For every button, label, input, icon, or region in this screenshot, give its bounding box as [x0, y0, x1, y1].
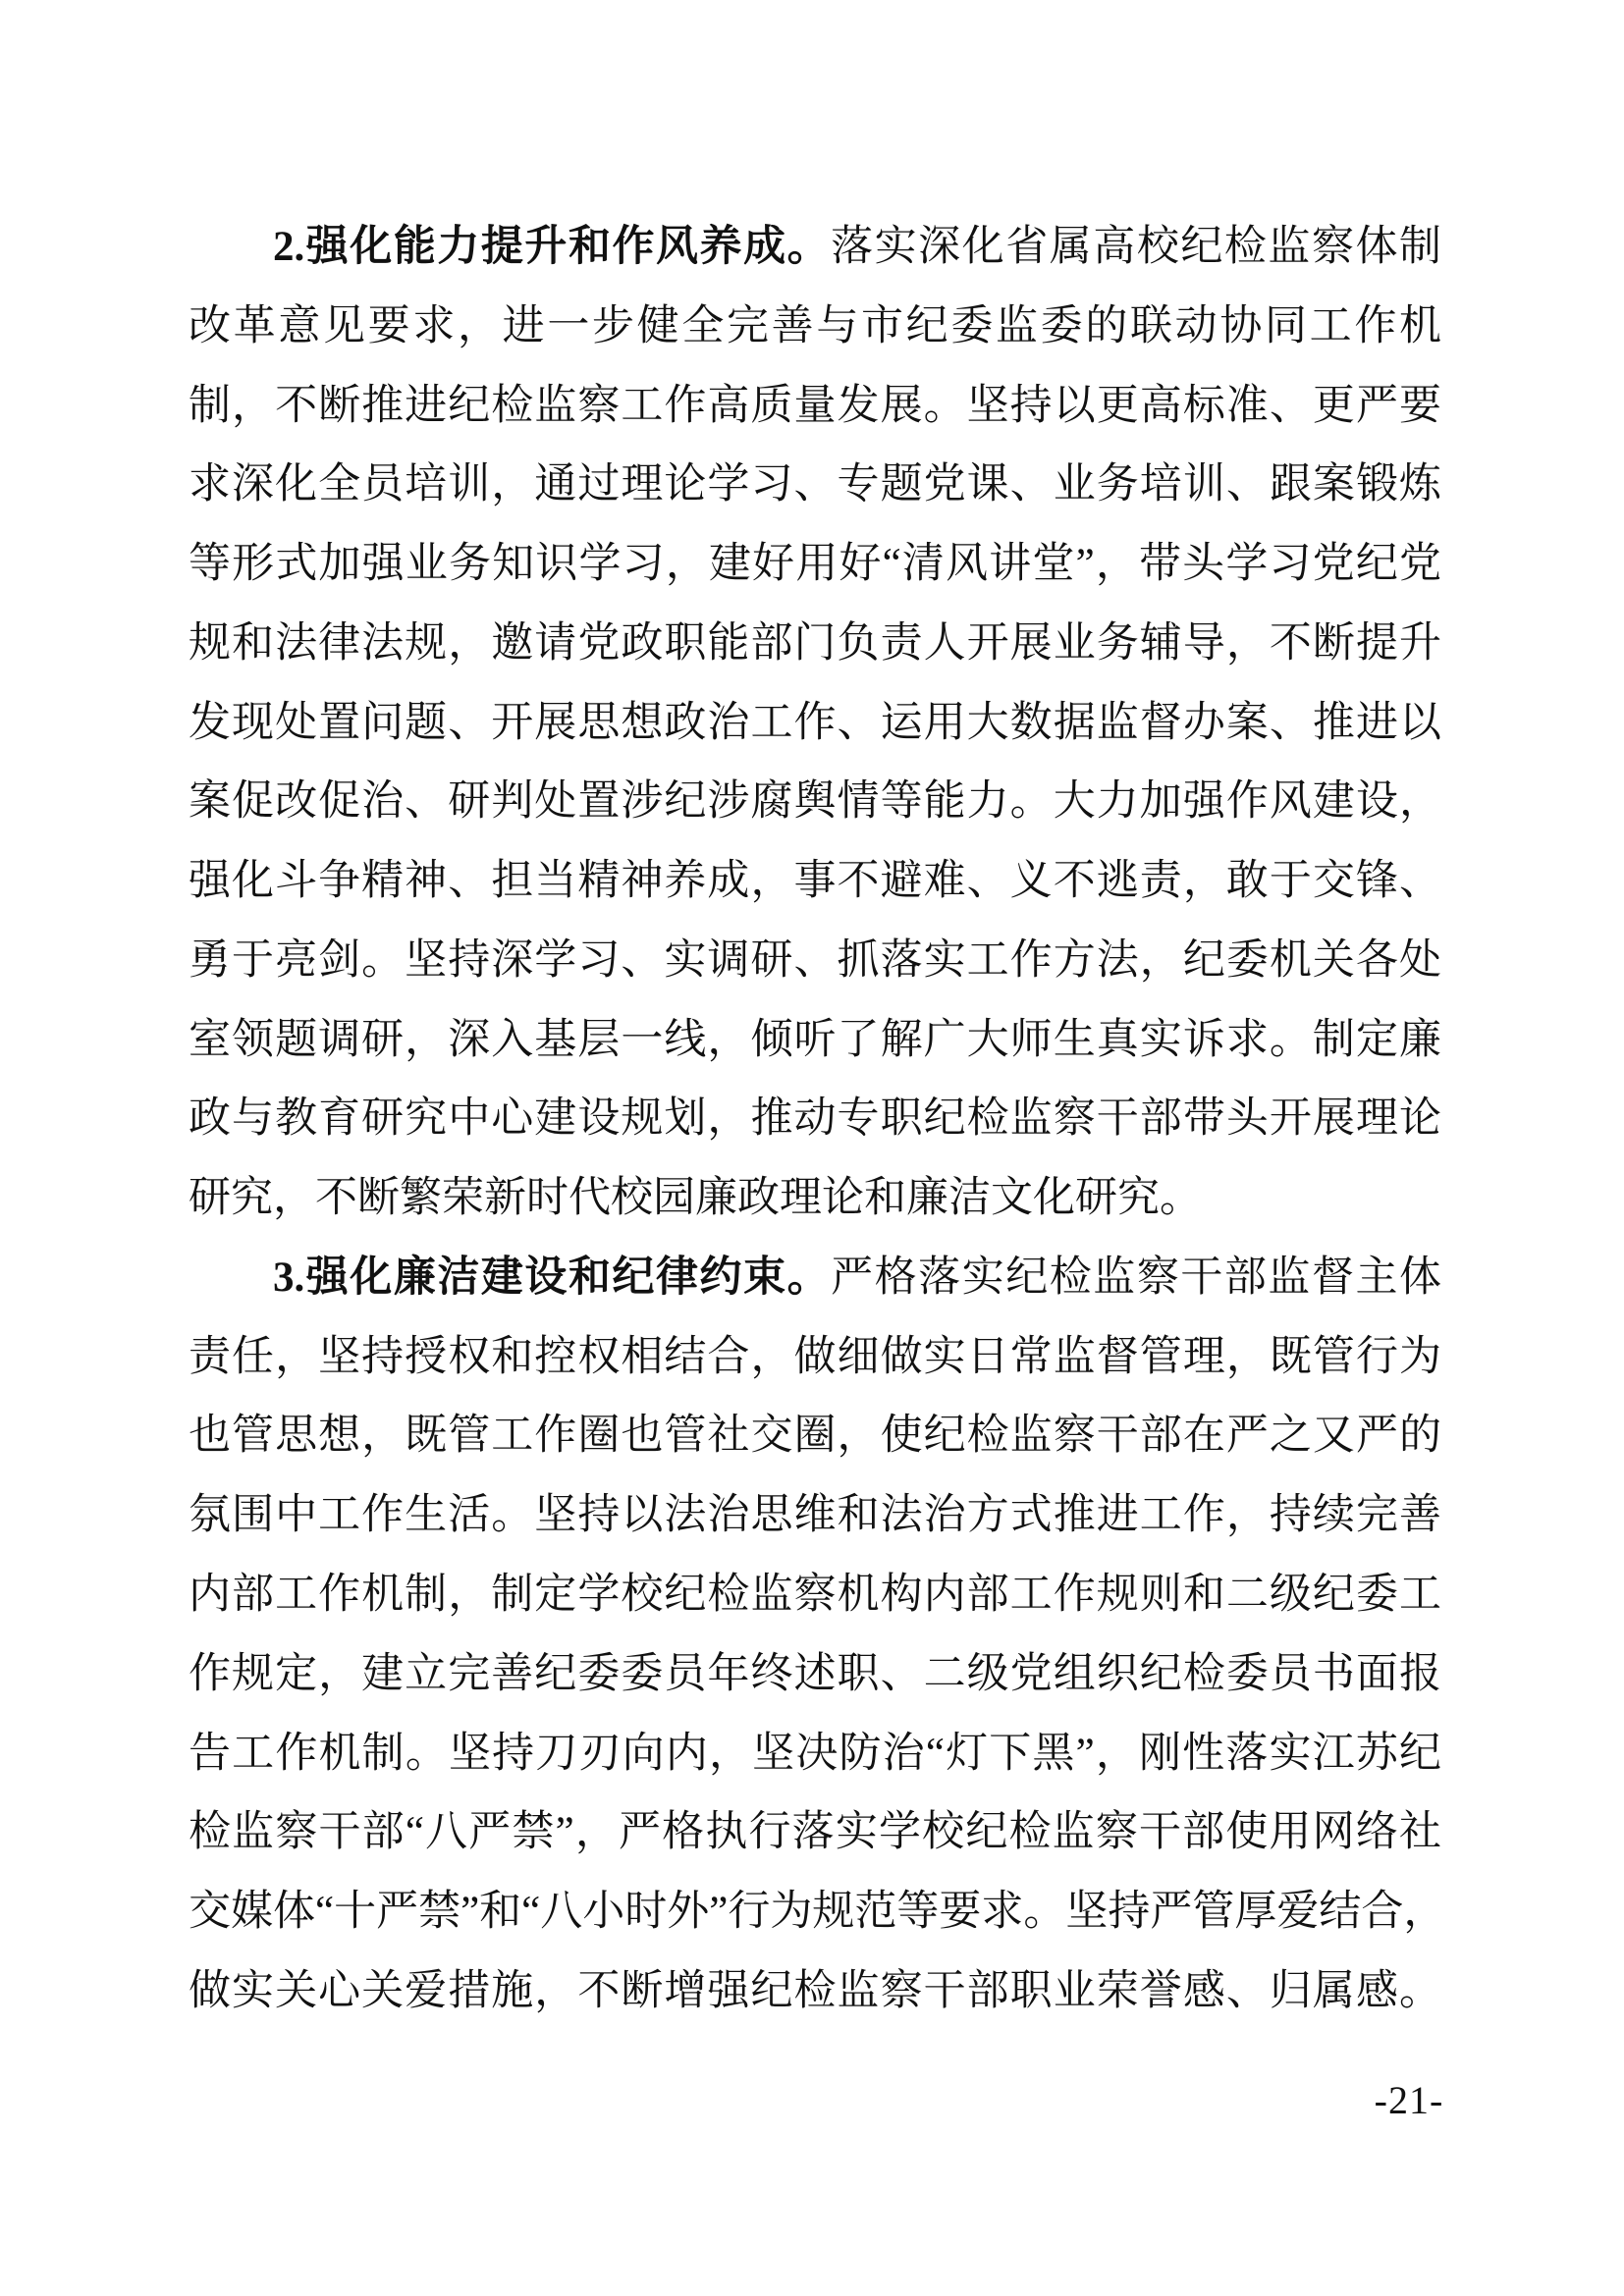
- line-text: 交媒体“十严禁”和“八小时外”行为规范等要求。坚持严管厚爱结合，: [189, 1889, 1445, 1935]
- line-text: 检监察干部“八严禁”，严格执行落实学校纪检监察干部使用网络社: [189, 1809, 1441, 1855]
- line-text: 案促改促治、研判处置涉纪涉腐舆情等能力。大力加强作风建设，: [189, 778, 1441, 825]
- text-line: 内部工作机制，制定学校纪检监察机构内部工作规则和二级纪委工: [189, 1556, 1441, 1635]
- text-line: 室领题调研，深入基层一线，倾听了解广大师生真实诉求。制定廉: [189, 1001, 1441, 1081]
- line-text: 发现处置问题、开展思想政治工作、运用大数据监督办案、推进以: [189, 700, 1441, 746]
- text-line: 勇于亮剑。坚持深学习、实调研、抓落实工作方法，纪委机关各处: [189, 922, 1441, 1001]
- line-text: 等形式加强业务知识学习，建好用好“清风讲堂”，带头学习党纪党: [189, 541, 1441, 587]
- text-line: 也管思想，既管工作圈也管社交圈，使纪检监察干部在严之又严的: [189, 1397, 1441, 1476]
- line-text: 做实关心关爱措施，不断增强纪检监察干部职业荣誉感、归属感。: [189, 1968, 1441, 2014]
- text-line: 研究，不断繁荣新时代校园廉政理论和廉洁文化研究。: [189, 1159, 1441, 1239]
- line-text: 严格落实纪检监察干部监督主体: [831, 1255, 1441, 1301]
- line-text: 告工作机制。坚持刀刃向内，坚决防治“灯下黑”，刚性落实江苏纪: [189, 1731, 1441, 1777]
- text-line: 等形式加强业务知识学习，建好用好“清风讲堂”，带头学习党纪党: [189, 525, 1441, 605]
- line-text: 规和法律法规，邀请党政职能部门负责人开展业务辅导，不断提升: [189, 620, 1441, 667]
- text-line: 案促改促治、研判处置涉纪涉腐舆情等能力。大力加强作风建设，: [189, 763, 1441, 842]
- line-text: 勇于亮剑。坚持深学习、实调研、抓落实工作方法，纪委机关各处: [189, 937, 1441, 984]
- text-line: 求深化全员培训，通过理论学习、专题党课、业务培训、跟案锻炼: [189, 446, 1441, 525]
- page-number: -21-: [1365, 2079, 1453, 2122]
- line-text: 也管思想，既管工作圈也管社交圈，使纪检监察干部在严之又严的: [189, 1413, 1441, 1459]
- text-line: 制，不断推进纪检监察工作高质量发展。坚持以更高标准、更严要: [189, 367, 1441, 447]
- line-text: 落实深化省属高校纪检监察体制: [831, 224, 1441, 270]
- text-line: 强化斗争精神、担当精神养成，事不避难、义不逃责，敢于交锋、: [189, 842, 1441, 922]
- text-line: 检监察干部“八严禁”，严格执行落实学校纪检监察干部使用网络社: [189, 1793, 1441, 1873]
- line-text: 研究，不断繁荣新时代校园廉政理论和廉洁文化研究。: [189, 1175, 1202, 1221]
- document-body: 2.强化能力提升和作风养成。落实深化省属高校纪检监察体制 改革意见要求，进一步健…: [189, 208, 1441, 2032]
- text-line: 责任，坚持授权和控权相结合，做细做实日常监督管理，既管行为: [189, 1318, 1441, 1398]
- text-line: 氛围中工作生活。坚持以法治思维和法治方式推进工作，持续完善: [189, 1476, 1441, 1556]
- line-text: 强化斗争精神、担当精神养成，事不避难、义不逃责，敢于交锋、: [189, 858, 1441, 904]
- paragraph-2-heading: 2.强化能力提升和作风养成。: [273, 224, 831, 270]
- line-text: 责任，坚持授权和控权相结合，做细做实日常监督管理，既管行为: [189, 1334, 1441, 1380]
- text-line: 政与教育研究中心建设规划，推动专职纪检监察干部带头开展理论: [189, 1080, 1441, 1159]
- line-text: 制，不断推进纪检监察工作高质量发展。坚持以更高标准、更严要: [189, 383, 1441, 429]
- paragraph-3-heading: 3.强化廉洁建设和纪律约束。: [273, 1255, 831, 1301]
- text-line: 2.强化能力提升和作风养成。落实深化省属高校纪检监察体制: [189, 208, 1441, 288]
- line-text: 求深化全员培训，通过理论学习、专题党课、业务培训、跟案锻炼: [189, 461, 1441, 507]
- text-line: 交媒体“十严禁”和“八小时外”行为规范等要求。坚持严管厚爱结合，: [189, 1873, 1441, 1952]
- text-line: 3.强化廉洁建设和纪律约束。严格落实纪检监察干部监督主体: [189, 1239, 1441, 1318]
- line-text: 室领题调研，深入基层一线，倾听了解广大师生真实诉求。制定廉: [189, 1017, 1441, 1063]
- line-text: 内部工作机制，制定学校纪检监察机构内部工作规则和二级纪委工: [189, 1572, 1441, 1618]
- document-page: 2.强化能力提升和作风养成。落实深化省属高校纪检监察体制 改革意见要求，进一步健…: [0, 0, 1624, 2296]
- line-text: 政与教育研究中心建设规划，推动专职纪检监察干部带头开展理论: [189, 1095, 1441, 1142]
- text-line: 作规定，建立完善纪委委员年终述职、二级党组织纪检委员书面报: [189, 1635, 1441, 1715]
- line-text: 改革意见要求，进一步健全完善与市纪委监委的联动协同工作机: [189, 303, 1441, 349]
- text-line: 规和法律法规，邀请党政职能部门负责人开展业务辅导，不断提升: [189, 605, 1441, 684]
- text-line: 做实关心关爱措施，不断增强纪检监察干部职业荣誉感、归属感。: [189, 1952, 1441, 2032]
- text-line: 告工作机制。坚持刀刃向内，坚决防治“灯下黑”，刚性落实江苏纪: [189, 1715, 1441, 1794]
- line-text: 作规定，建立完善纪委委员年终述职、二级党组织纪检委员书面报: [189, 1651, 1441, 1697]
- text-line: 发现处置问题、开展思想政治工作、运用大数据监督办案、推进以: [189, 684, 1441, 764]
- line-text: 氛围中工作生活。坚持以法治思维和法治方式推进工作，持续完善: [189, 1492, 1441, 1538]
- text-line: 改革意见要求，进一步健全完善与市纪委监委的联动协同工作机: [189, 288, 1441, 367]
